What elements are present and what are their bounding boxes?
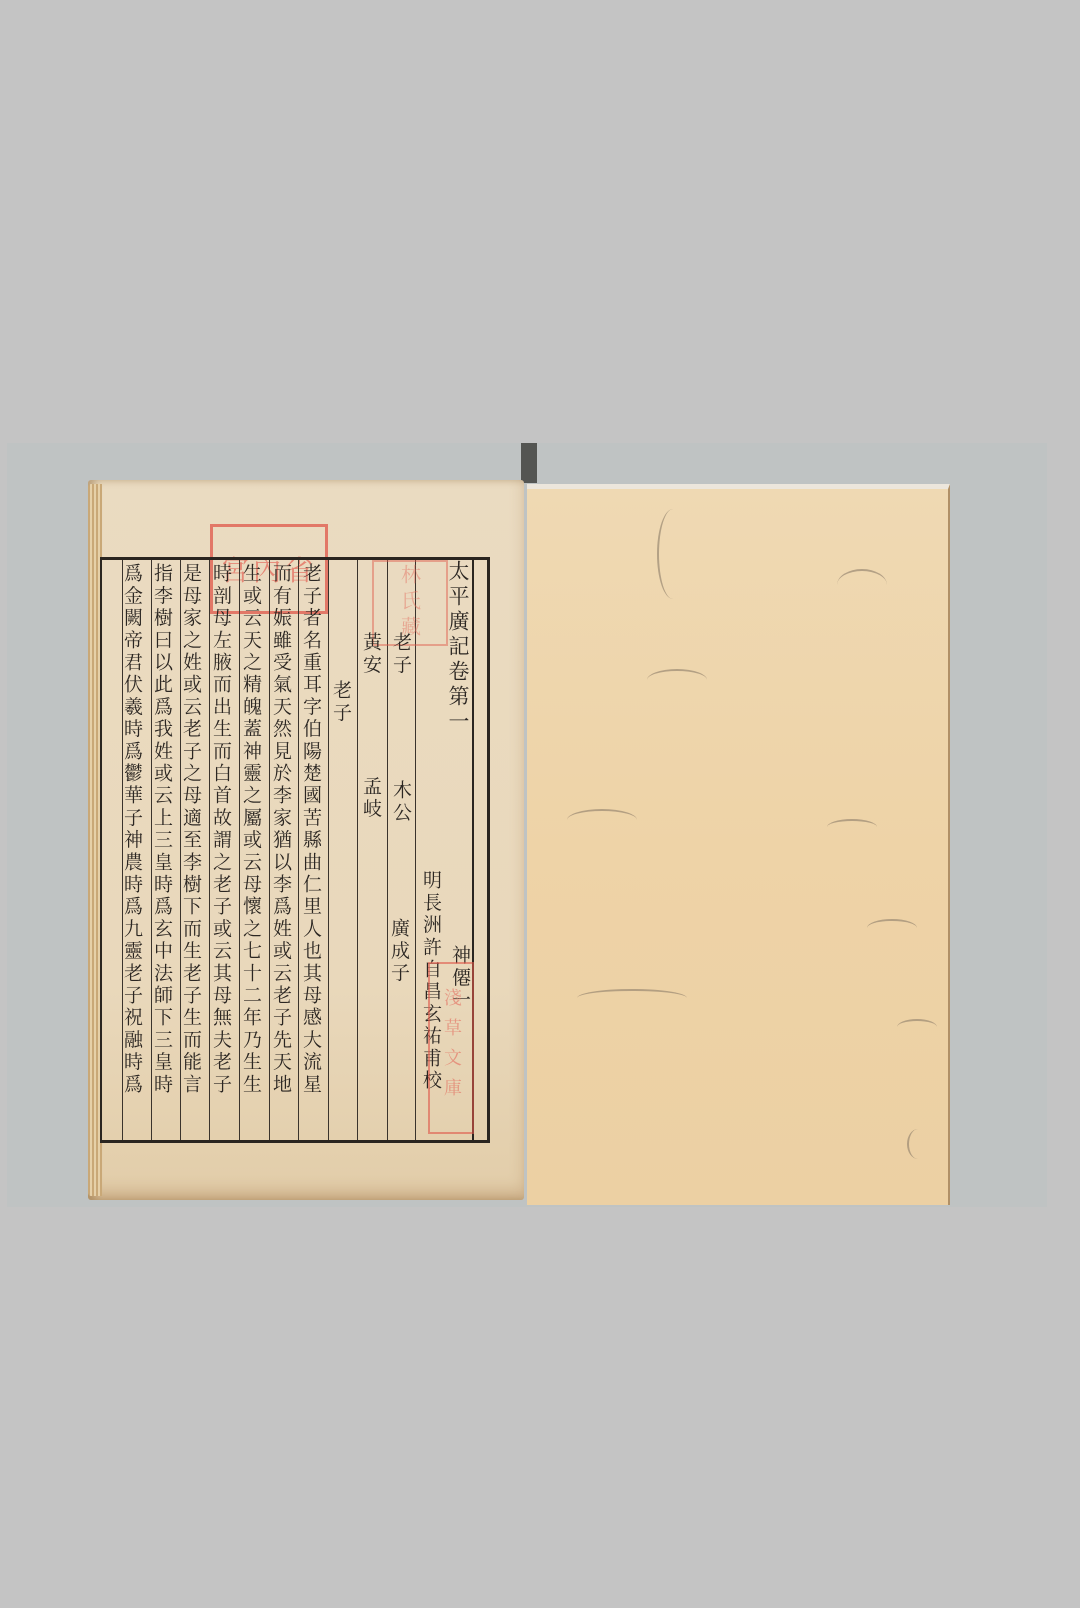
wormhole-mark (827, 819, 877, 835)
wormhole-mark (567, 809, 637, 831)
lower-right-seal: 淺草文庫 (428, 962, 474, 1134)
body-column: 生或云天之精魄蓋神靈之屬或云母懷之七十二年乃生生 (240, 563, 262, 1096)
column-rule (387, 560, 388, 1140)
wormhole-mark (897, 1019, 937, 1035)
body-column: 而有娠雖受氣天然見於李家猶以李爲姓或云老子先天地 (270, 563, 292, 1096)
column-rule (357, 560, 358, 1140)
wormhole-mark (907, 1129, 929, 1159)
volume-title: 太平廣記卷第一 (447, 560, 469, 735)
body-column: 是母家之姓或云老子之母適至李樹下而生老子生而能言 (180, 563, 202, 1096)
contents-item: 孟岐 (360, 776, 382, 820)
wormhole-mark (647, 669, 707, 691)
contents-item: 老子 (390, 632, 412, 676)
body-column: 老子者名重耳字伯陽楚國苦縣曲仁里人也其母感大流星 (300, 563, 322, 1096)
wormhole-mark (837, 569, 887, 601)
right-page-blank (527, 484, 950, 1205)
contents-item: 黃安 (360, 632, 382, 676)
contents-item: 廣成子 (388, 918, 410, 985)
body-column: 爲金闕帝君伏羲時爲鬱華子神農時爲九靈老子祝融時爲 (121, 563, 143, 1096)
body-column: 指李樹曰以此爲我姓或云上三皇時爲玄中法師下三皇時 (151, 563, 173, 1096)
book-gutter (521, 443, 537, 483)
wormhole-mark (577, 989, 687, 1007)
wormhole-mark (867, 919, 917, 937)
contents-item: 木公 (390, 780, 412, 824)
column-rule (328, 560, 329, 1140)
column-rule (298, 560, 299, 1140)
wormhole-mark (657, 509, 689, 599)
body-column: 時剖母左腋而出生而白首故謂之老子或云其母無夫老子 (210, 563, 232, 1096)
column-rule (415, 560, 416, 1140)
entry-heading: 老子 (330, 680, 352, 724)
